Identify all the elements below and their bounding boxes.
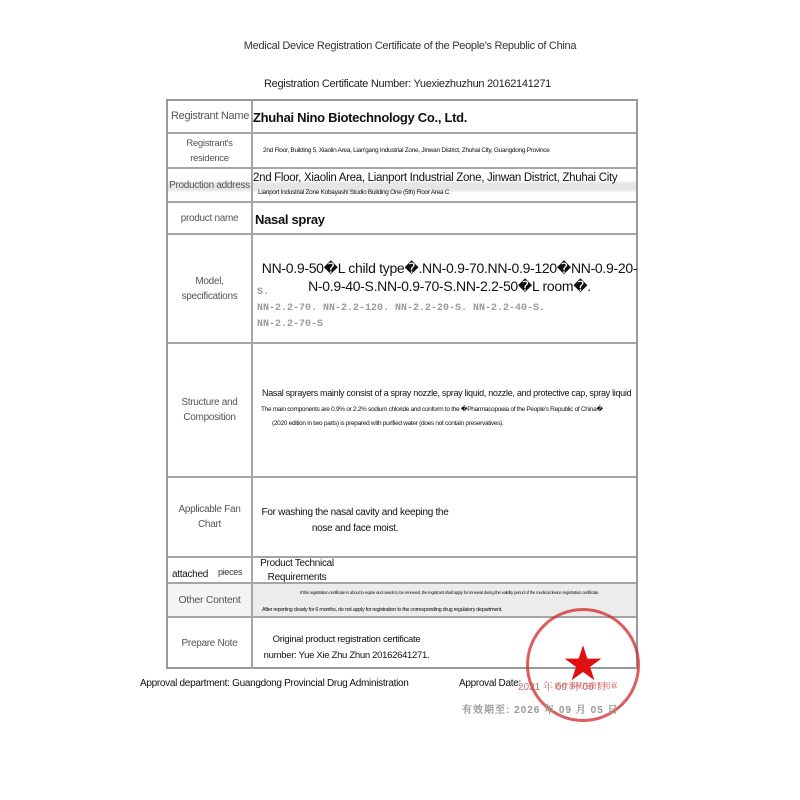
row-applicable-scope: Applicable Fan Chart For washing the nas… bbox=[168, 478, 636, 558]
label-structure-composition: Structure and Composition bbox=[168, 344, 253, 476]
structure-line-3: (2020 edition in two parts) is prepared … bbox=[272, 420, 504, 427]
value-applicable-scope: For washing the nasal cavity and keeping… bbox=[260, 505, 450, 537]
row-model-specifications: Model, specifications S. NN-2.2-70. NN-2… bbox=[168, 235, 636, 344]
row-registrant-residence: Registrant's residence 2nd Floor, Buildi… bbox=[168, 134, 636, 169]
label-attached: attached bbox=[172, 567, 208, 582]
approval-date-value: 2021 年 09 月 06 日 bbox=[518, 678, 606, 693]
value-note: Original product registration certificat… bbox=[259, 632, 434, 664]
label-note: Prepare Note bbox=[168, 618, 253, 669]
label-production-address: Production address bbox=[168, 169, 253, 201]
other-content-line-1: If this registration certificate is abou… bbox=[257, 589, 642, 597]
structure-line-1: Nasal sprayers mainly consist of a spray… bbox=[262, 388, 631, 398]
label-registrant-residence: Registrant's residence bbox=[168, 134, 253, 167]
label-registrant-name: Registrant Name bbox=[168, 101, 253, 132]
value-registrant-residence: 2nd Floor, Building 5, Xiaolin Area, Lia… bbox=[263, 147, 550, 154]
document-title: Medical Device Registration Certificate … bbox=[0, 40, 800, 52]
label-other-content: Other Content bbox=[168, 584, 253, 616]
structure-line-2: The main components are 0.9% or 2.2% sod… bbox=[261, 405, 603, 413]
row-structure-composition: Structure and Composition Nasal sprayers… bbox=[168, 344, 636, 478]
row-product-name: product name Nasal spray bbox=[168, 203, 636, 235]
value-production-address-line2: Lianport Industrial Zone Kobayashi Studi… bbox=[258, 189, 449, 196]
value-production-address: 2nd Floor, Xiaolin Area, Lianport Indust… bbox=[253, 172, 617, 184]
certificate-table: Registrant Name Zhuhai Nino Biotechnolog… bbox=[166, 99, 638, 669]
label-pieces: pieces bbox=[218, 565, 242, 580]
row-attached: attached pieces Product Technical Requir… bbox=[168, 558, 636, 584]
other-content-line-2: After reporting clearly for 6 months, do… bbox=[262, 607, 502, 613]
value-model-specifications: NN-0.9-50�L child type�.NN-0.9-70.NN-0.9… bbox=[253, 259, 646, 295]
value-product-name: Nasal spray bbox=[255, 212, 325, 227]
row-production-address: Production address 2nd Floor, Xiaolin Ar… bbox=[168, 169, 636, 203]
label-model-specifications: Model, specifications bbox=[168, 235, 253, 342]
row-registrant-name: Registrant Name Zhuhai Nino Biotechnolog… bbox=[168, 101, 636, 134]
label-product-name: product name bbox=[168, 203, 253, 233]
valid-until: 有效期至: 2026 年 09 月 05 日 bbox=[462, 701, 619, 716]
approval-date-label: Approval Date: bbox=[459, 678, 521, 689]
value-attached: Product Technical Requirements bbox=[257, 557, 337, 585]
label-applicable-scope: Applicable Fan Chart bbox=[168, 478, 253, 556]
value-registrant-name: Zhuhai Nino Biotechnology Co., Ltd. bbox=[253, 110, 467, 125]
approval-department: Approval department: Guangdong Provincia… bbox=[140, 678, 409, 689]
certificate-number: Registration Certificate Number: Yuexiez… bbox=[0, 78, 800, 90]
